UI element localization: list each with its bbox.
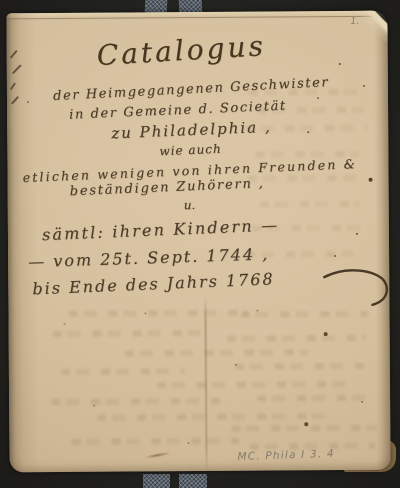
bleedthrough-line: [71, 438, 239, 445]
manuscript-page: Catalogus der Heimgegangenen Geschwister…: [6, 11, 390, 473]
page-title: Catalogus: [96, 29, 267, 72]
bleedthrough-line: [257, 395, 369, 402]
bleedthrough-line: [157, 381, 353, 388]
manuscript-line: u.: [184, 198, 196, 212]
bleedthrough-line: [68, 310, 248, 317]
bleedthrough-line: [53, 330, 203, 337]
manuscript-line: zu Philadelphia ,: [111, 118, 272, 143]
bleedthrough-line: [231, 425, 377, 432]
page-edge-sliver: [6, 11, 387, 20]
shelfmark-annotation: MC. Phila I 3. 4: [237, 448, 335, 463]
foxing-specks: [6, 13, 8, 15]
bleedthrough-line: [227, 335, 367, 342]
ink-flourish: [320, 261, 390, 316]
bleedthrough-line: [260, 201, 360, 208]
bleedthrough-line: [248, 175, 366, 182]
page-corner-curl: [348, 11, 388, 44]
bleedthrough-line: [125, 349, 309, 356]
bleedthrough-line: [61, 368, 185, 375]
page-edge-shadow: [373, 11, 390, 470]
bleedthrough-line: [51, 398, 227, 405]
bleedthrough-line: [97, 413, 325, 421]
photo-background: Catalogus der Heimgegangenen Geschwister…: [0, 0, 400, 488]
binding-strap-bottom-right: [179, 474, 207, 488]
manuscript-line: der Heimgegangenen Geschwister: [53, 75, 330, 104]
manuscript-line: sämtl: ihren Kindern —: [42, 215, 280, 244]
gutter-shadow: [6, 13, 39, 472]
bleedthrough-line: [235, 363, 371, 370]
manuscript-line: — vom 25t. Sept. 1744 ,: [28, 244, 270, 271]
manuscript-line: bis Ende des Jahrs 1768: [32, 269, 275, 298]
pencil-page-number: 1.: [350, 17, 359, 27]
binding-strap-bottom-left: [143, 474, 170, 488]
ink-smudge: [144, 451, 170, 460]
manuscript-line: wie auch: [159, 142, 222, 159]
